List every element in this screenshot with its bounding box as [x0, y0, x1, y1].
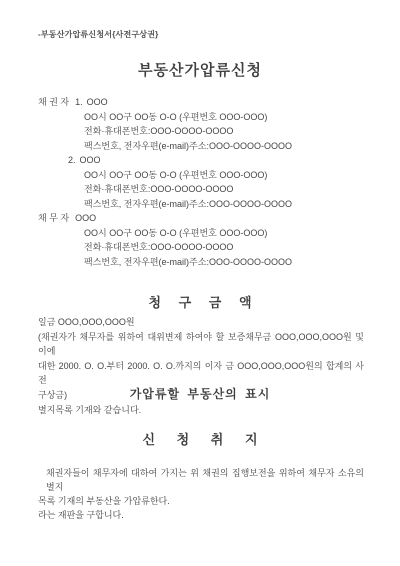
- debtor-phone: 전화·휴대폰번호:OOO-OOOO-OOOO: [84, 240, 364, 255]
- creditor-phone: 전화·휴대폰번호:OOO-OOOO-OOOO: [84, 124, 364, 139]
- creditor-entry-number: 2.: [68, 155, 76, 165]
- claim-amount-line: 일금 OOO,OOO,OOO원: [38, 315, 364, 330]
- debtor-label: 채 무 자: [38, 213, 69, 223]
- purport-line: 채권자들이 채무자에 대하여 가지는 위 채권의 집행보전을 위하여 채무자 소…: [38, 466, 364, 494]
- property-display-body: 별지목록 기재와 같습니다.: [38, 403, 364, 416]
- claim-detail-line: 대한 2000. O. O.부터 2000. O. O.까지의 이자 금 OOO…: [38, 359, 364, 388]
- debtor-line: 채 무 자OOO: [38, 211, 364, 226]
- creditor-label: 채 권 자: [38, 97, 69, 107]
- purport-heading: 신 청 취 지: [0, 429, 400, 448]
- creditor-name: OOO: [80, 155, 101, 165]
- purport-body: 채권자들이 채무자에 대하여 가지는 위 채권의 집행보전을 위하여 채무자 소…: [38, 466, 364, 522]
- debtor-fax: 팩스번호, 전자우편(e-mail)주소:OOO-OOOO-OOOO: [84, 255, 364, 270]
- creditor-entry-number: 1.: [75, 97, 83, 107]
- claim-amount-heading: 청 구 금 액: [0, 292, 400, 311]
- creditor-name: OOO: [87, 97, 108, 107]
- creditor-line-2: 2.OOO: [68, 153, 364, 168]
- creditor-phone: 전화·휴대폰번호:OOO-OOOO-OOOO: [84, 182, 364, 197]
- purport-line: 목록 기재의 부동산을 가압류한다.: [38, 494, 364, 508]
- claim-detail-line: (채권자가 채무자를 위하여 대위변제 하여야 할 보증채무금 OOO,OOO,…: [38, 330, 364, 359]
- creditor-line-1: 채 권 자1.OOO: [38, 95, 364, 110]
- creditor-fax: 팩스번호, 전자우편(e-mail)주소:OOO-OOOO-OOOO: [84, 139, 364, 154]
- purport-line: 라는 재판을 구합니다.: [38, 508, 364, 522]
- document-page: -부동산가압류신청서{사전구상권} 부동산가압류신청 채 권 자1.OOO OO…: [0, 0, 400, 566]
- creditor-fax: 팩스번호, 전자우편(e-mail)주소:OOO-OOOO-OOOO: [84, 197, 364, 212]
- creditor-address: OO시 OO구 OO동 O-O (우편번호 OOO-OOO): [84, 168, 364, 183]
- property-display-heading: 가압류할 부동산의 표시: [0, 385, 400, 402]
- creditor-address: OO시 OO구 OO동 O-O (우편번호 OOO-OOO): [84, 110, 364, 125]
- page-title: 부동산가압류신청: [0, 59, 400, 80]
- doc-type-note: -부동산가압류신청서{사전구상권}: [38, 29, 158, 40]
- parties-block: 채 권 자1.OOO OO시 OO구 OO동 O-O (우편번호 OOO-OOO…: [38, 95, 364, 269]
- debtor-address: OO시 OO구 OO동 O-O (우편번호 OOO-OOO): [84, 226, 364, 241]
- debtor-name: OOO: [75, 213, 96, 223]
